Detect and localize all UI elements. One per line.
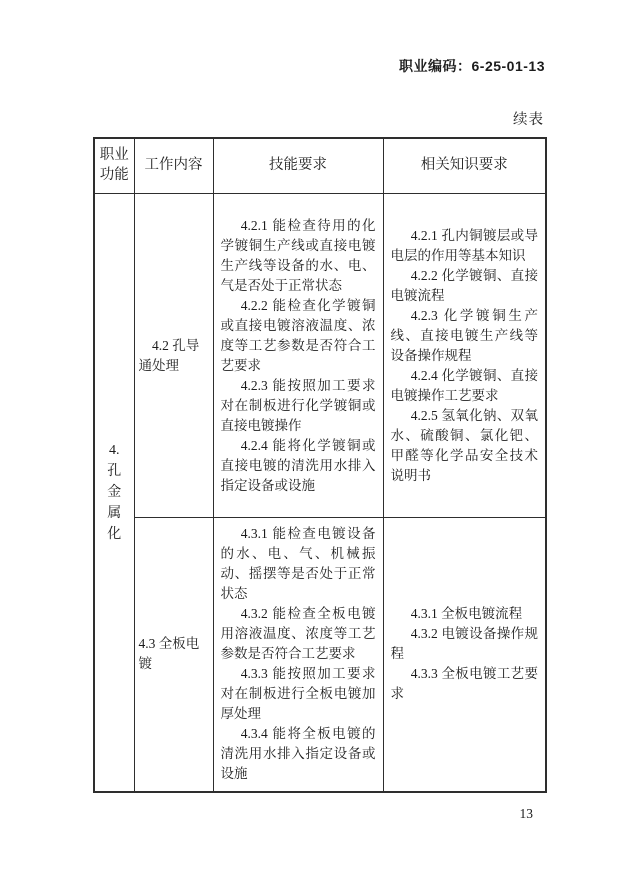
function-cell-hole-metallization: 4.孔金属化 (94, 194, 134, 792)
col-header-work-content: 工作内容 (134, 138, 213, 194)
table-row-4-2: 4.孔金属化 4.2 孔导通处理 4.2.1 能检查待用的化学镀铜生产线或直接电… (94, 194, 546, 518)
continued-table-label: 续表 (513, 108, 544, 129)
work-content-label-4-2: 4.2 孔导通处理 (139, 336, 210, 376)
requirement-item: 4.3.4 能将全板电镀的清洗用水排入指定设备或设施 (221, 724, 376, 784)
requirement-item: 4.2.2 化学镀铜、直接电镀流程 (391, 266, 539, 306)
work-content-label-4-3: 4.3 全板电镀 (139, 634, 210, 674)
requirements-table: 职业功能 工作内容 技能要求 相关知识要求 4.孔金属化 4.2 孔导通处理 4… (93, 137, 547, 793)
requirement-item: 4.2.4 化学镀铜、直接电镀操作工艺要求 (391, 366, 539, 406)
knowledge-cell-4-3: 4.3.1 全板电镀流程4.3.2 电镀设备操作规程4.3.3 全板电镀工艺要求 (383, 518, 546, 792)
table-row-4-3: 4.3 全板电镀 4.3.1 能检查电镀设备的水、电、气、机械振动、摇摆等是否处… (94, 518, 546, 792)
requirement-item: 4.3.3 全板电镀工艺要求 (391, 664, 539, 704)
requirement-item: 4.2.1 能检查待用的化学镀铜生产线或直接电镀生产线等设备的水、电、气是否处于… (221, 216, 376, 296)
col-header-occupational-function: 职业功能 (94, 138, 134, 194)
requirement-item: 4.2.2 能检查化学镀铜或直接电镀溶液温度、浓度等工艺参数是否符合工艺要求 (221, 296, 376, 376)
requirement-item: 4.3.1 全板电镀流程 (391, 604, 539, 624)
page-number: 13 (520, 806, 534, 822)
requirement-item: 4.3.2 能检查全板电镀用溶液温度、浓度等工艺参数是否符合工艺要求 (221, 604, 376, 664)
table-header-row: 职业功能 工作内容 技能要求 相关知识要求 (94, 138, 546, 194)
requirement-item: 4.3.3 能按照加工要求对在制板进行全板电镀加厚处理 (221, 664, 376, 724)
requirement-item: 4.2.1 孔内铜镀层或导电层的作用等基本知识 (391, 226, 539, 266)
skills-cell-4-2: 4.2.1 能检查待用的化学镀铜生产线或直接电镀生产线等设备的水、电、气是否处于… (213, 194, 383, 518)
requirement-item: 4.3.1 能检查电镀设备的水、电、气、机械振动、摇摆等是否处于正常状态 (221, 524, 376, 604)
requirement-item: 4.2.3 化学镀铜生产线、直接电镀生产线等设备操作规程 (391, 306, 539, 366)
work-content-cell-4-2: 4.2 孔导通处理 (134, 194, 213, 518)
col-header-knowledge-requirements: 相关知识要求 (383, 138, 546, 194)
col-header-skill-requirements: 技能要求 (213, 138, 383, 194)
requirement-item: 4.2.4 能将化学镀铜或直接电镀的清洗用水排入指定设备或设施 (221, 436, 376, 496)
document-page: 职业编码：6-25-01-13 续表 职业功能 工作内容 技能要求 相关知识要求… (0, 0, 630, 883)
requirement-item: 4.2.5 氢氧化钠、双氧水、硫酸铜、氯化钯、甲醛等化学品安全技术说明书 (391, 406, 539, 486)
requirement-item: 4.2.3 能按照加工要求对在制板进行化学镀铜或直接电镀操作 (221, 376, 376, 436)
occupation-code-label: 职业编码：6-25-01-13 (399, 56, 545, 76)
knowledge-cell-4-2: 4.2.1 孔内铜镀层或导电层的作用等基本知识4.2.2 化学镀铜、直接电镀流程… (383, 194, 546, 518)
work-content-cell-4-3: 4.3 全板电镀 (134, 518, 213, 792)
skills-cell-4-3: 4.3.1 能检查电镀设备的水、电、气、机械振动、摇摆等是否处于正常状态4.3.… (213, 518, 383, 792)
requirement-item: 4.3.2 电镀设备操作规程 (391, 624, 539, 664)
